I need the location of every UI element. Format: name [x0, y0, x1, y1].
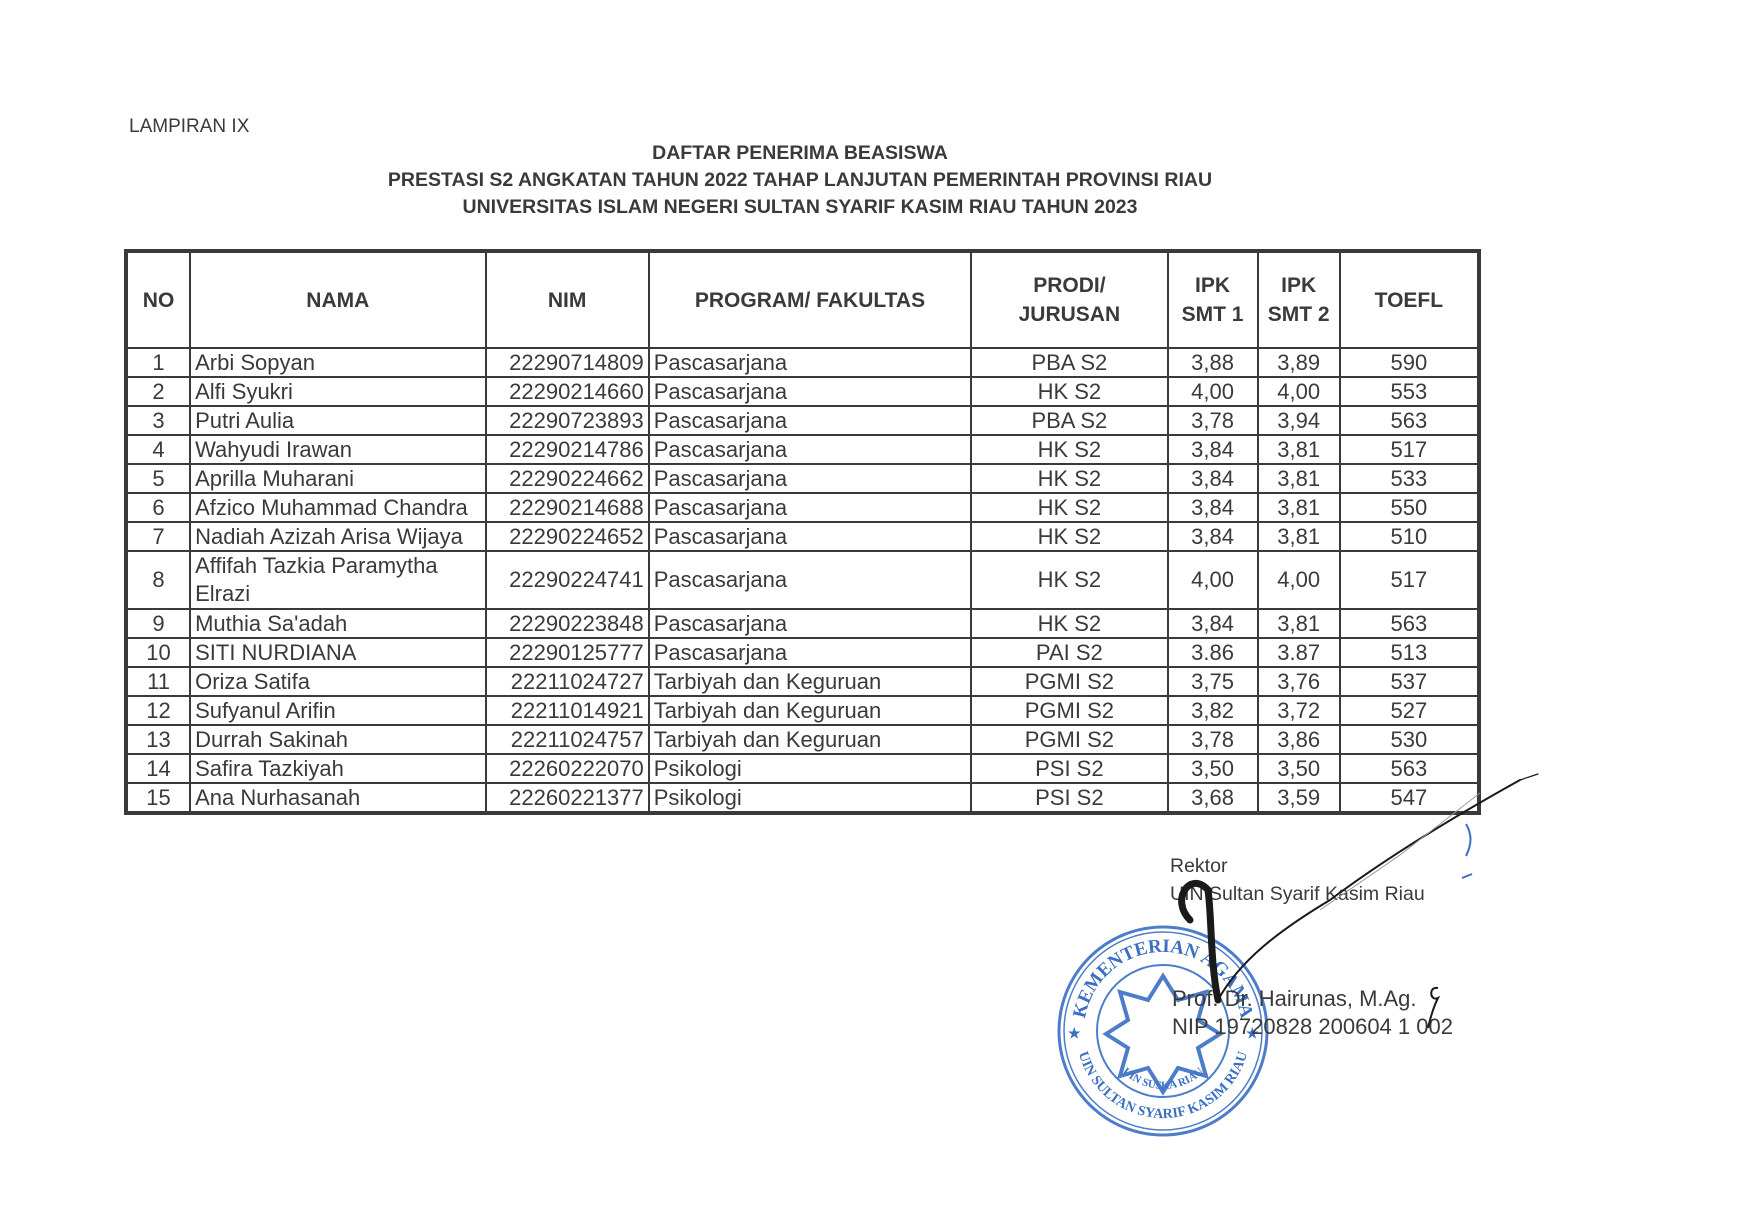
cell-toefl: 563: [1340, 609, 1479, 638]
header-ipk1-line1: IPK: [1195, 274, 1230, 297]
cell-program: Tarbiyah dan Keguruan: [649, 667, 971, 696]
cell-nama: SITI NURDIANA: [190, 638, 485, 667]
cell-toefl: 517: [1340, 435, 1479, 464]
scholarship-recipients-table: NO NAMA NIM PROGRAM/ FAKULTAS PRODI/ JUR…: [124, 249, 1481, 815]
cell-nim: 22290224652: [486, 522, 649, 551]
table-row: 10SITI NURDIANA22290125777PascasarjanaPA…: [126, 638, 1479, 667]
cell-no: 4: [126, 435, 190, 464]
header-ipk2-line2: SMT 2: [1268, 303, 1330, 326]
header-toefl: TOEFL: [1340, 251, 1479, 348]
table-row: 15Ana Nurhasanah22260221377PsikologiPSI …: [126, 783, 1479, 813]
cell-toefl: 517: [1340, 551, 1479, 609]
cell-ipk1: 3,84: [1168, 464, 1258, 493]
table-row: 2Alfi Syukri22290214660PascasarjanaHK S2…: [126, 377, 1479, 406]
cell-program: Pascasarjana: [649, 551, 971, 609]
signatory-nip: NIP 19720828 200604 1 002: [1172, 1013, 1453, 1041]
cell-program: Pascasarjana: [649, 377, 971, 406]
cell-nama: Putri Aulia: [190, 406, 485, 435]
cell-nama: Alfi Syukri: [190, 377, 485, 406]
cell-nim: 22211024727: [486, 667, 649, 696]
cell-program: Psikologi: [649, 783, 971, 813]
cell-no: 1: [126, 348, 190, 377]
cell-prodi: PGMI S2: [971, 667, 1167, 696]
cell-program: Tarbiyah dan Keguruan: [649, 696, 971, 725]
cell-prodi: PSI S2: [971, 754, 1167, 783]
cell-ipk2: 3,81: [1258, 609, 1340, 638]
table-row: 14Safira Tazkiyah22260222070PsikologiPSI…: [126, 754, 1479, 783]
cell-ipk1: 3,84: [1168, 435, 1258, 464]
header-prodi: PRODI/ JURUSAN: [971, 251, 1167, 348]
cell-nim: 22290214688: [486, 493, 649, 522]
table-body: 1Arbi Sopyan22290714809PascasarjanaPBA S…: [126, 348, 1479, 813]
cell-program: Tarbiyah dan Keguruan: [649, 725, 971, 754]
cell-ipk2: 3,72: [1258, 696, 1340, 725]
signature-block: Rektor UIN Sultan Syarif Kasim Riau: [1170, 852, 1425, 908]
cell-toefl: 533: [1340, 464, 1479, 493]
cell-nama: Aprilla Muharani: [190, 464, 485, 493]
cell-no: 12: [126, 696, 190, 725]
cell-ipk2: 3,81: [1258, 493, 1340, 522]
cell-prodi: HK S2: [971, 522, 1167, 551]
cell-nim: 22211014921: [486, 696, 649, 725]
header-no: NO: [126, 251, 190, 348]
cell-ipk2: 3,59: [1258, 783, 1340, 813]
cell-no: 5: [126, 464, 190, 493]
cell-ipk2: 3,89: [1258, 348, 1340, 377]
cell-prodi: HK S2: [971, 464, 1167, 493]
cell-no: 6: [126, 493, 190, 522]
cell-ipk1: 3,75: [1168, 667, 1258, 696]
cell-ipk2: 3,81: [1258, 435, 1340, 464]
cell-toefl: 513: [1340, 638, 1479, 667]
cell-nama: Durrah Sakinah: [190, 725, 485, 754]
table-row: 6Afzico Muhammad Chandra22290214688Pasca…: [126, 493, 1479, 522]
table-row: 9Muthia Sa'adah22290223848PascasarjanaHK…: [126, 609, 1479, 638]
cell-prodi: HK S2: [971, 609, 1167, 638]
cell-toefl: 530: [1340, 725, 1479, 754]
cell-prodi: HK S2: [971, 377, 1167, 406]
cell-ipk2: 3,50: [1258, 754, 1340, 783]
cell-ipk1: 3,78: [1168, 725, 1258, 754]
cell-toefl: 553: [1340, 377, 1479, 406]
svg-text:★: ★: [1068, 1026, 1081, 1042]
table-row: 3Putri Aulia22290723893PascasarjanaPBA S…: [126, 406, 1479, 435]
table-row: 1Arbi Sopyan22290714809PascasarjanaPBA S…: [126, 348, 1479, 377]
cell-ipk1: 3,68: [1168, 783, 1258, 813]
cell-program: Pascasarjana: [649, 609, 971, 638]
cell-prodi: PGMI S2: [971, 696, 1167, 725]
header-ipk2: IPK SMT 2: [1258, 251, 1340, 348]
title-line-3: UNIVERSITAS ISLAM NEGERI SULTAN SYARIF K…: [0, 194, 1600, 221]
cell-nama: Afzico Muhammad Chandra: [190, 493, 485, 522]
cell-ipk2: 4,00: [1258, 377, 1340, 406]
cell-prodi: HK S2: [971, 435, 1167, 464]
header-nama: NAMA: [190, 251, 485, 348]
cell-prodi: HK S2: [971, 493, 1167, 522]
cell-nim: 22290223848: [486, 609, 649, 638]
cell-prodi: PBA S2: [971, 348, 1167, 377]
svg-text:UIN SUSKA RIAU: UIN SUSKA RIAU: [1120, 1065, 1205, 1092]
cell-toefl: 537: [1340, 667, 1479, 696]
signatory-name: Prof. Dr. Hairunas, M.Ag.: [1172, 985, 1453, 1013]
document-title-block: DAFTAR PENERIMA BEASISWA PRESTASI S2 ANG…: [0, 140, 1600, 221]
cell-nama: Sufyanul Arifin: [190, 696, 485, 725]
cell-no: 11: [126, 667, 190, 696]
cell-ipk2: 3,81: [1258, 464, 1340, 493]
cell-no: 8: [126, 551, 190, 609]
cell-ipk1: 3,84: [1168, 522, 1258, 551]
cell-nama: Ana Nurhasanah: [190, 783, 485, 813]
cell-nama: Wahyudi Irawan: [190, 435, 485, 464]
cell-program: Pascasarjana: [649, 348, 971, 377]
cell-nama: Affifah Tazkia Paramytha Elrazi: [190, 551, 485, 609]
cell-program: Pascasarjana: [649, 522, 971, 551]
cell-no: 9: [126, 609, 190, 638]
cell-prodi: PGMI S2: [971, 725, 1167, 754]
table-row: 13Durrah Sakinah22211024757Tarbiyah dan …: [126, 725, 1479, 754]
cell-ipk2: 4,00: [1258, 551, 1340, 609]
cell-toefl: 590: [1340, 348, 1479, 377]
cell-ipk1: 3,50: [1168, 754, 1258, 783]
cell-nim: 22290224741: [486, 551, 649, 609]
table-header-row: NO NAMA NIM PROGRAM/ FAKULTAS PRODI/ JUR…: [126, 251, 1479, 348]
cell-toefl: 510: [1340, 522, 1479, 551]
cell-prodi: PBA S2: [971, 406, 1167, 435]
title-line-2: PRESTASI S2 ANGKATAN TAHUN 2022 TAHAP LA…: [0, 167, 1600, 194]
cell-nama: Oriza Satifa: [190, 667, 485, 696]
cell-ipk1: 4,00: [1168, 377, 1258, 406]
header-ipk1: IPK SMT 1: [1168, 251, 1258, 348]
cell-toefl: 547: [1340, 783, 1479, 813]
cell-program: Pascasarjana: [649, 493, 971, 522]
cell-ipk1: 3,82: [1168, 696, 1258, 725]
cell-program: Pascasarjana: [649, 638, 971, 667]
cell-nim: 22290214660: [486, 377, 649, 406]
cell-ipk1: 4,00: [1168, 551, 1258, 609]
cell-program: Pascasarjana: [649, 435, 971, 464]
cell-ipk2: 3,86: [1258, 725, 1340, 754]
cell-ipk1: 3,78: [1168, 406, 1258, 435]
cell-nim: 22290125777: [486, 638, 649, 667]
header-nim: NIM: [486, 251, 649, 348]
table-row: 7Nadiah Azizah Arisa Wijaya22290224652Pa…: [126, 522, 1479, 551]
title-line-1: DAFTAR PENERIMA BEASISWA: [0, 140, 1600, 167]
header-ipk1-line2: SMT 1: [1182, 303, 1244, 326]
cell-ipk1: 3.86: [1168, 638, 1258, 667]
cell-no: 10: [126, 638, 190, 667]
cell-nim: 22290214786: [486, 435, 649, 464]
cell-toefl: 527: [1340, 696, 1479, 725]
header-prodi-line1: PRODI/: [1033, 274, 1105, 297]
signatory-institution: UIN Sultan Syarif Kasim Riau: [1170, 880, 1425, 908]
signatory-details: Prof. Dr. Hairunas, M.Ag. NIP 19720828 2…: [1172, 985, 1453, 1041]
attachment-label: LAMPIRAN IX: [129, 116, 249, 138]
cell-toefl: 550: [1340, 493, 1479, 522]
cell-prodi: HK S2: [971, 551, 1167, 609]
cell-ipk2: 3.87: [1258, 638, 1340, 667]
cell-no: 2: [126, 377, 190, 406]
table-row: 4Wahyudi Irawan22290214786PascasarjanaHK…: [126, 435, 1479, 464]
cell-nama: Arbi Sopyan: [190, 348, 485, 377]
cell-no: 13: [126, 725, 190, 754]
table-row: 5Aprilla Muharani22290224662Pascasarjana…: [126, 464, 1479, 493]
cell-prodi: PSI S2: [971, 783, 1167, 813]
cell-nim: 22260222070: [486, 754, 649, 783]
cell-nim: 22260221377: [486, 783, 649, 813]
cell-nim: 22290723893: [486, 406, 649, 435]
cell-no: 14: [126, 754, 190, 783]
cell-no: 7: [126, 522, 190, 551]
cell-ipk1: 3,84: [1168, 609, 1258, 638]
table-row: 11Oriza Satifa22211024727Tarbiyah dan Ke…: [126, 667, 1479, 696]
cell-nama: Nadiah Azizah Arisa Wijaya: [190, 522, 485, 551]
cell-nim: 22290714809: [486, 348, 649, 377]
table-row: 8Affifah Tazkia Paramytha Elrazi22290224…: [126, 551, 1479, 609]
cell-prodi: PAI S2: [971, 638, 1167, 667]
cell-no: 15: [126, 783, 190, 813]
table-row: 12Sufyanul Arifin22211014921Tarbiyah dan…: [126, 696, 1479, 725]
cell-toefl: 563: [1340, 406, 1479, 435]
cell-ipk1: 3,88: [1168, 348, 1258, 377]
cell-nama: Safira Tazkiyah: [190, 754, 485, 783]
cell-program: Psikologi: [649, 754, 971, 783]
header-prodi-line2: JURUSAN: [1019, 303, 1121, 326]
cell-ipk2: 3,94: [1258, 406, 1340, 435]
header-ipk2-line1: IPK: [1281, 274, 1316, 297]
cell-program: Pascasarjana: [649, 464, 971, 493]
cell-ipk1: 3,84: [1168, 493, 1258, 522]
cell-nama: Muthia Sa'adah: [190, 609, 485, 638]
signatory-title: Rektor: [1170, 852, 1425, 880]
cell-no: 3: [126, 406, 190, 435]
cell-nim: 22290224662: [486, 464, 649, 493]
cell-ipk2: 3,81: [1258, 522, 1340, 551]
cell-toefl: 563: [1340, 754, 1479, 783]
header-program: PROGRAM/ FAKULTAS: [649, 251, 971, 348]
cell-ipk2: 3,76: [1258, 667, 1340, 696]
cell-nim: 22211024757: [486, 725, 649, 754]
cell-program: Pascasarjana: [649, 406, 971, 435]
